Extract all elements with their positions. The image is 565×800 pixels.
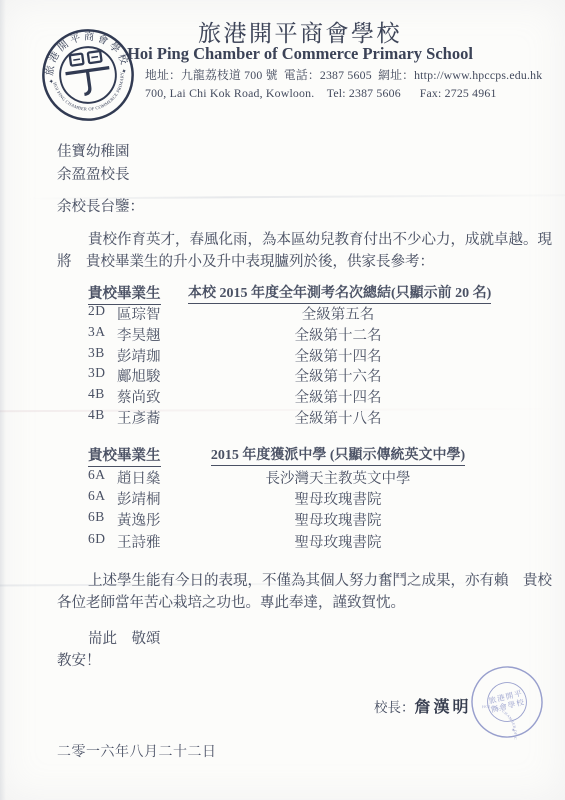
table-row: 6B 黃逸彤 聖母玫瑰書院 bbox=[88, 509, 550, 530]
class-cell: 6A bbox=[88, 467, 106, 483]
table-row: 6A 趙日燊 長沙灣天主教英文中學 bbox=[88, 467, 550, 488]
letter-page: 旅港開平商會學校 HOI PING CHAMBER OF COMMERCE PR… bbox=[0, 0, 565, 800]
principal-name: 詹漢明 bbox=[415, 699, 472, 716]
school-stamp-icon: HOI PING CHAMBER OF COMMERCE PRIMARY SCH… bbox=[469, 664, 545, 740]
result-cell: 長沙灣天主教英文中學 bbox=[188, 467, 488, 488]
table-col2-header: 2015 年度獲派中學 (只顯示傳統英文中學) bbox=[188, 444, 488, 466]
result-cell: 全級第十二名 bbox=[188, 324, 488, 345]
table-row: 6A 彭靖桐 聖母玫瑰書院 bbox=[88, 488, 550, 509]
closing-paragraph-line2: 各位老師當年苦心栽培之功也。專此奉達，謹致賀忱。 bbox=[57, 591, 405, 612]
table-col1-header: 貴校畢業生 bbox=[88, 282, 161, 305]
result-cell: 全級第十四名 bbox=[188, 345, 488, 366]
scan-artifact bbox=[0, 0, 6, 800]
result-cell: 全級第十四名 bbox=[188, 386, 488, 407]
table-row: 2D 區琮智 全級第五名 bbox=[88, 303, 550, 324]
address-line-zh: 地址：九龍荔枝道 700 號 電話：2387 5605 網址：http://ww… bbox=[145, 66, 542, 83]
class-cell: 6A bbox=[88, 488, 106, 504]
exam-results-table: 貴校畢業生 本校 2015 年度全年測考名次總結(只顯示前 20 名) 2D 區… bbox=[88, 282, 550, 432]
class-cell: 3B bbox=[88, 345, 105, 361]
svg-text:✦: ✦ bbox=[121, 68, 127, 76]
svg-text:✶: ✶ bbox=[511, 727, 516, 734]
class-cell: 3D bbox=[88, 365, 106, 381]
name-cell: 鄺旭駿 bbox=[117, 365, 161, 386]
signature-label: 校長： bbox=[374, 700, 415, 715]
result-cell: 全級第五名 bbox=[188, 303, 488, 324]
name-cell: 王彥蕎 bbox=[117, 407, 161, 428]
table-row: 4B 蔡尚致 全級第十四名 bbox=[88, 386, 550, 407]
valediction-line1: 耑此 敬頌 bbox=[88, 627, 161, 648]
name-cell: 趙日燊 bbox=[117, 467, 161, 488]
class-cell: 3A bbox=[88, 324, 106, 340]
valediction-line2: 教安！ bbox=[57, 649, 101, 670]
class-cell: 4B bbox=[88, 386, 105, 402]
name-cell: 彭靖珈 bbox=[117, 345, 161, 366]
address-line-en: 700, Lai Chi Kok Road, Kowloon. Tel: 238… bbox=[145, 86, 497, 101]
secondary-school-table: 貴校畢業生 2015 年度獲派中學 (只顯示傳統英文中學) 6A 趙日燊 長沙灣… bbox=[88, 444, 550, 559]
result-cell: 全級第十八名 bbox=[188, 407, 488, 428]
result-cell: 全級第十六名 bbox=[188, 365, 488, 386]
intro-paragraph-line1: 貴校作育英才，春風化雨，為本區幼兒教育付出不少心力，成就卓越。現 bbox=[88, 228, 552, 249]
table-row: 3B 彭靖珈 全級第十四名 bbox=[88, 345, 550, 366]
name-cell: 區琮智 bbox=[117, 303, 161, 324]
result-cell: 聖母玫瑰書院 bbox=[188, 509, 488, 530]
class-cell: 2D bbox=[88, 303, 106, 319]
name-cell: 彭靖桐 bbox=[117, 488, 161, 509]
name-cell: 黃逸彤 bbox=[117, 509, 161, 530]
table-row: 4B 王彥蕎 全級第十八名 bbox=[88, 407, 550, 428]
name-cell: 王詩雅 bbox=[117, 531, 161, 552]
intro-paragraph-line2: 將 貴校畢業生的升小及升中表現臚列於後，供家長參考： bbox=[57, 250, 434, 271]
signature-line: 校長：詹漢明 bbox=[374, 694, 472, 717]
class-cell: 4B bbox=[88, 407, 105, 423]
result-cell: 聖母玫瑰書院 bbox=[188, 488, 488, 509]
salutation: 余校長台鑒： bbox=[57, 195, 144, 216]
table-row: 3A 李昊翹 全級第十二名 bbox=[88, 324, 550, 345]
name-cell: 李昊翹 bbox=[117, 324, 161, 345]
class-cell: 6D bbox=[88, 531, 106, 547]
table-col1-header: 貴校畢業生 bbox=[88, 444, 161, 467]
closing-paragraph-line1: 上述學生能有今日的表現，不僅為其個人努力奮鬥之成果，亦有賴 貴校 bbox=[88, 569, 552, 590]
result-cell: 聖母玫瑰書院 bbox=[188, 531, 488, 552]
recipient-school: 佳寶幼稚園 bbox=[57, 140, 130, 161]
class-cell: 6B bbox=[88, 509, 105, 525]
table-row: 3D 鄺旭駿 全級第十六名 bbox=[88, 365, 550, 386]
table-row: 6D 王詩雅 聖母玫瑰書院 bbox=[88, 531, 550, 552]
letter-date: 二零一六年八月二十二日 bbox=[57, 741, 217, 761]
school-name-en: Hoi Ping Chamber of Commerce Primary Sch… bbox=[35, 44, 565, 64]
table-col2-header: 本校 2015 年度全年測考名次總結(只顯示前 20 名) bbox=[188, 282, 488, 304]
svg-text:✦: ✦ bbox=[48, 78, 54, 86]
recipient-principal: 余盈盈校長 bbox=[57, 163, 130, 184]
name-cell: 蔡尚致 bbox=[117, 386, 161, 407]
